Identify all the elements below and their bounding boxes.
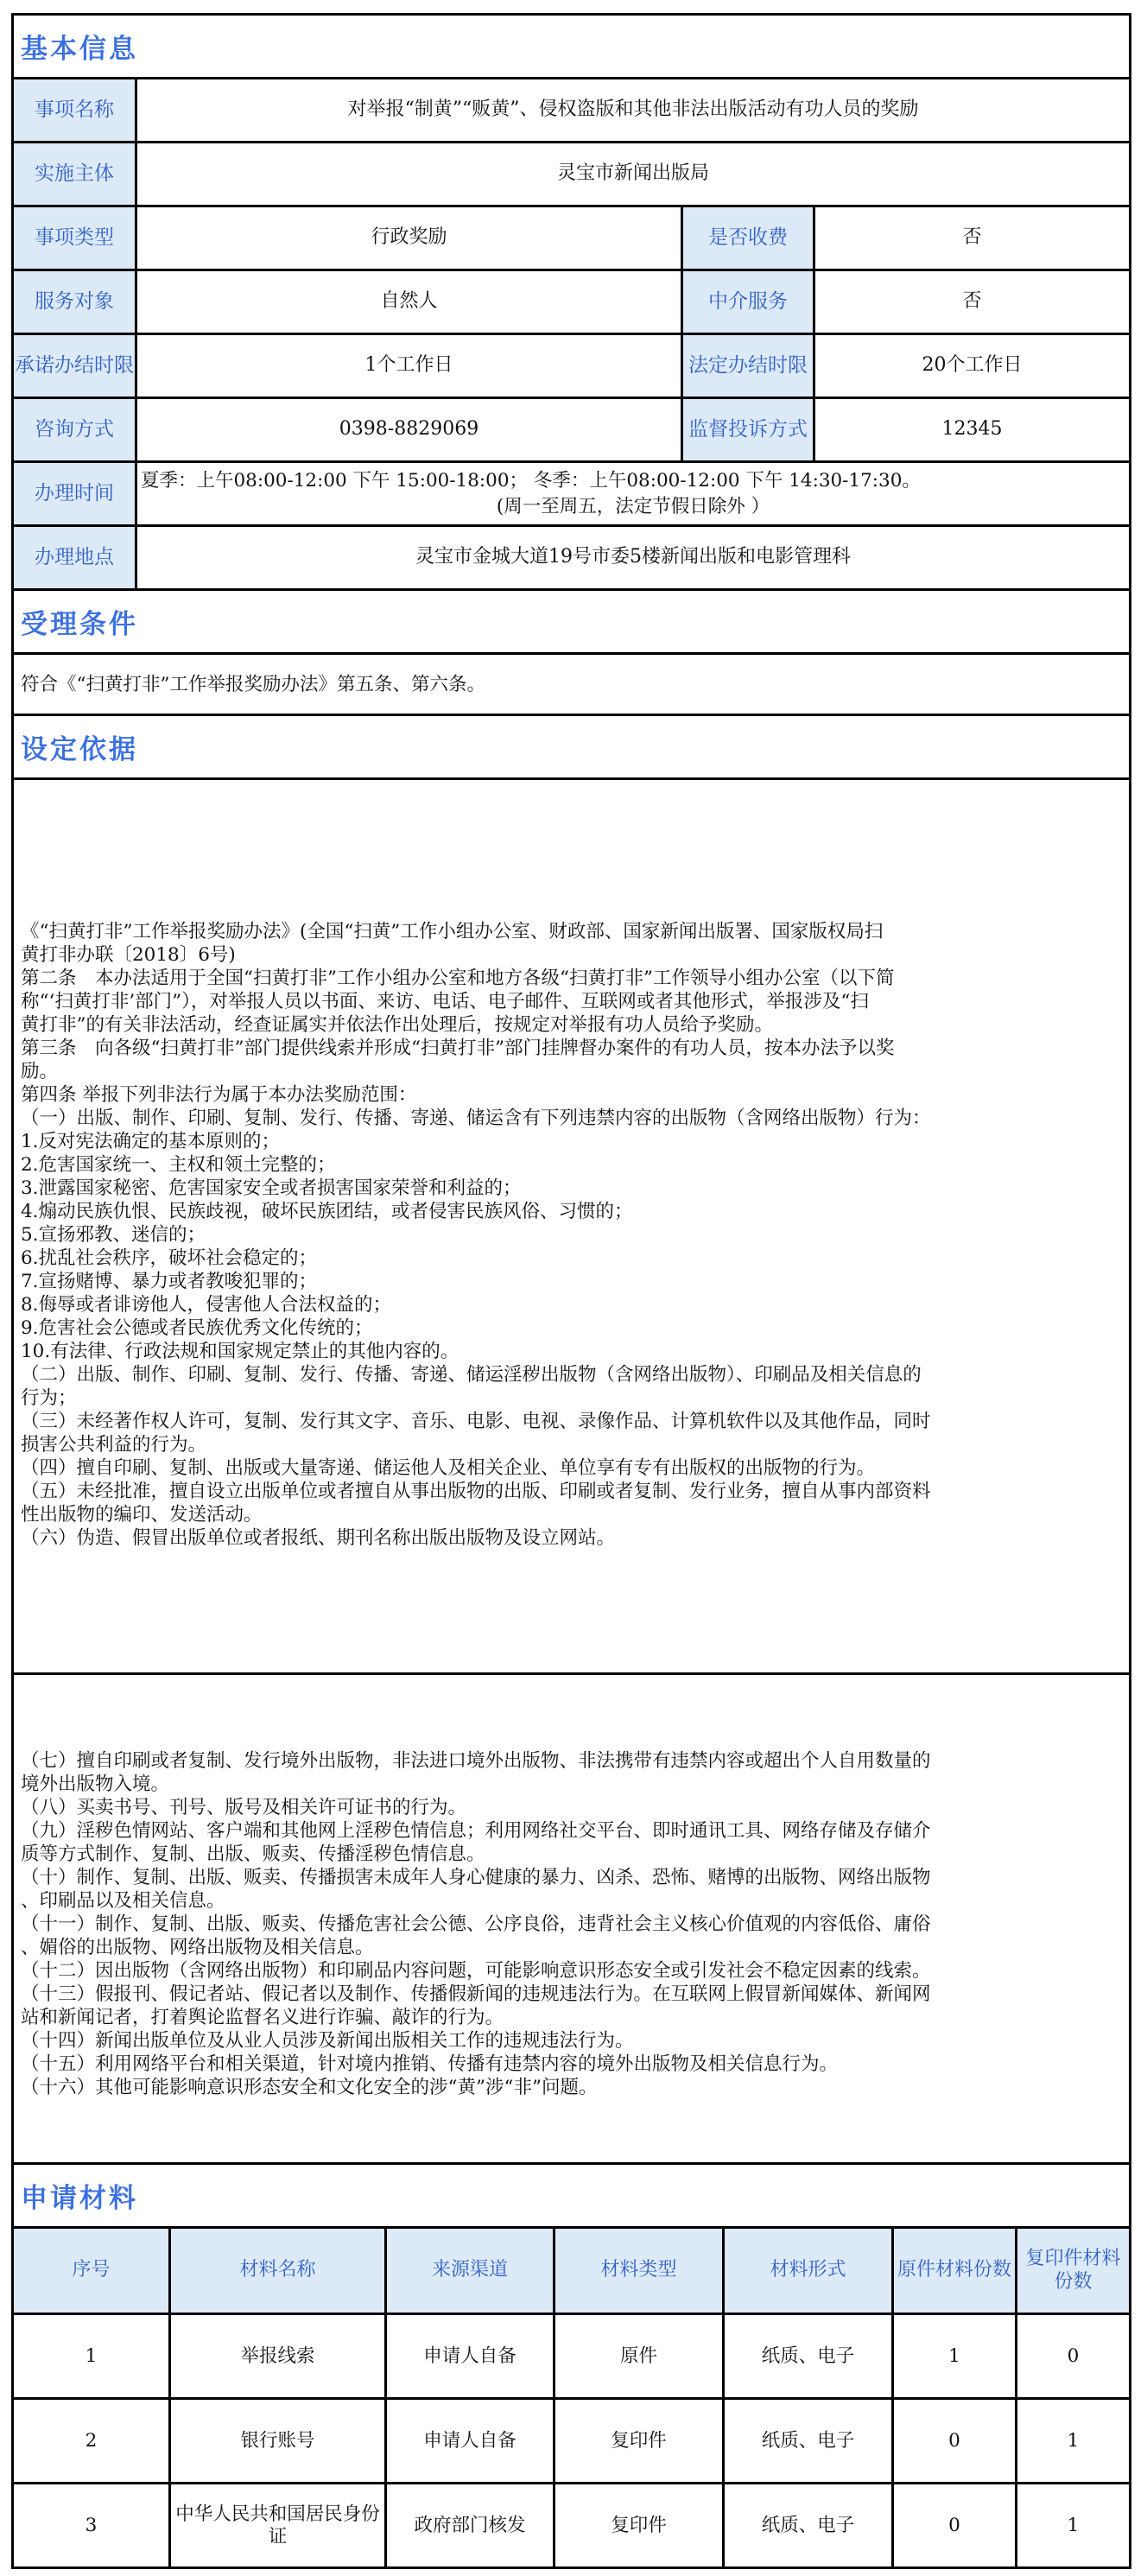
office-hours-seasons: 夏季：上午08:00-12:00 下午 15:00-18:00； 冬季：上午08…	[141, 468, 1125, 493]
legal-basis-line: 6.扰乱社会秩序，破坏社会稳定的；	[21, 1247, 1122, 1270]
table-row: 2 银行账号 申请人自备 复印件 纸质、电子 0 1	[14, 2400, 1129, 2484]
label-legal-limit: 法定办结时限	[683, 335, 815, 397]
legal-basis-line: 性出版物的编印、发送活动。	[21, 1503, 1122, 1526]
legal-basis-line: 称“‘扫黄打非’部门”），对举报人员以书面、来访、电话、电子邮件、互联网或者其他…	[21, 990, 1122, 1013]
row-implementer: 实施主体 灵宝市新闻出版局	[14, 143, 1129, 207]
legal-basis-line: 2.危害国家统一、主权和领土完整的；	[21, 1153, 1122, 1177]
cell-source: 政府部门核发	[387, 2484, 555, 2566]
row-time-limits: 承诺办结时限 1个工作日 法定办结时限 20个工作日	[14, 335, 1129, 399]
legal-basis-line: （三）未经著作权人许可，复制、发行其文字、音乐、电影、电视、录像作品、计算机软件…	[21, 1410, 1122, 1433]
cell-original-count: 1	[894, 2315, 1017, 2397]
legal-basis-line: 8.侮辱或者诽谤他人，侵害他人合法权益的；	[21, 1293, 1122, 1317]
legal-basis-line: （二）出版、制作、印刷、复制、发行、传播、寄递、储运淫秽出版物（含网络出版物）、…	[21, 1363, 1122, 1386]
value-location: 灵宝市金城大道19号市委5楼新闻出版和电影管理科	[137, 527, 1129, 588]
cell-original-count: 0	[894, 2400, 1017, 2482]
label-service-target: 服务对象	[14, 271, 137, 333]
cell-original-count: 0	[894, 2484, 1017, 2566]
legal-basis-line: （十三）假报刊、假记者站、假记者以及制作、传播假新闻的违规违法行为。在互联网上假…	[21, 1983, 1122, 2006]
legal-basis-line: 10.有法律、行政法规和国家规定禁止的其他内容的。	[21, 1340, 1122, 1363]
cell-material-name: 中华人民共和国居民身份证	[171, 2484, 387, 2566]
legal-basis-line: （十一）制作、复制、出版、贩卖、传播危害社会公德、公序良俗，违背社会主义核心价值…	[21, 1913, 1122, 1936]
cell-copy-count: 1	[1017, 2484, 1129, 2566]
header-copy-count: 复印件材料份数	[1017, 2229, 1129, 2313]
cell-material-type: 复印件	[555, 2400, 725, 2482]
label-intermediary: 中介服务	[683, 271, 815, 333]
value-promised-limit: 1个工作日	[137, 335, 683, 397]
legal-basis-line: （十四）新闻出版单位及从业人员涉及新闻出版相关工作的违规违法行为。	[21, 2029, 1122, 2053]
acceptance-conditions-text: 符合《“扫黄打非”工作举报奖励办法》第五条、第六条。	[14, 655, 1129, 716]
section-title-basis: 设定依据	[14, 716, 1129, 780]
label-office-hours: 办理时间	[14, 463, 137, 524]
label-item-type: 事项类型	[14, 207, 137, 269]
row-contact: 咨询方式 0398-8829069 监督投诉方式 12345	[14, 399, 1129, 463]
legal-basis-line: （十五）利用网络平台和相关渠道，针对境内推销、传播有违禁内容的境外出版物及相关信…	[21, 2053, 1122, 2076]
cell-material-form: 纸质、电子	[725, 2400, 894, 2482]
value-charge: 否	[815, 207, 1129, 269]
legal-basis-line: 9.危害社会公德或者民族优秀文化传统的；	[21, 1317, 1122, 1340]
legal-basis-line: 7.宣扬赌博、暴力或者教唆犯罪的；	[21, 1270, 1122, 1293]
label-item-name: 事项名称	[14, 79, 137, 141]
cell-copy-count: 1	[1017, 2400, 1129, 2482]
legal-basis-line: 4.煽动民族仇恨、民族歧视，破坏民族团结，或者侵害民族风俗、习惯的；	[21, 1200, 1122, 1223]
cell-material-name: 银行账号	[171, 2400, 387, 2482]
header-material-type: 材料类型	[555, 2229, 725, 2313]
legal-basis-line: 黄打非”的有关非法活动，经查证属实并依法作出处理后，按规定对举报有功人员给予奖励…	[21, 1013, 1122, 1037]
label-charge: 是否收费	[683, 207, 815, 269]
legal-basis-line: 质等方式制作、复制、出版、贩卖、传播淫秽色情信息。	[21, 1843, 1122, 1866]
header-source: 来源渠道	[387, 2229, 555, 2313]
row-office-hours: 办理时间 夏季：上午08:00-12:00 下午 15:00-18:00； 冬季…	[14, 463, 1129, 527]
service-guide-document: 基本信息 事项名称 对举报“制黄”“贩黄”、侵权盗版和其他非法出版活动有功人员的…	[11, 13, 1131, 2569]
legal-basis-line: 境外出版物入境。	[21, 1773, 1122, 1796]
legal-basis-line: 站和新闻记者，打着舆论监督名义进行诈骗、敲诈的行为。	[21, 2006, 1122, 2029]
value-intermediary: 否	[815, 271, 1129, 333]
value-item-type: 行政奖励	[137, 207, 683, 269]
legal-basis-line: （八）买卖书号、刊号、版号及相关许可证书的行为。	[21, 1796, 1122, 1819]
cell-material-name: 举报线索	[171, 2315, 387, 2397]
header-material-form: 材料形式	[725, 2229, 894, 2313]
cell-source: 申请人自备	[387, 2315, 555, 2397]
section-title-basic-info: 基本信息	[14, 16, 1129, 79]
value-legal-limit: 20个工作日	[815, 335, 1129, 397]
legal-basis-text-part-2: （七）擅自印刷或者复制、发行境外出版物，非法进口境外出版物、非法携带有违禁内容或…	[14, 1675, 1129, 2165]
value-service-target: 自然人	[137, 271, 683, 333]
cell-material-form: 纸质、电子	[725, 2315, 894, 2397]
label-implementer: 实施主体	[14, 143, 137, 205]
legal-basis-line: 、印刷品以及相关信息。	[21, 1889, 1122, 1913]
label-promised-limit: 承诺办结时限	[14, 335, 137, 397]
legal-basis-line: 1.反对宪法确定的基本原则的；	[21, 1130, 1122, 1153]
legal-basis-line: （一）出版、制作、印刷、复制、发行、传播、寄递、储运含有下列违禁内容的出版物（含…	[21, 1107, 1122, 1130]
cell-copy-count: 0	[1017, 2315, 1129, 2397]
cell-seq: 1	[14, 2315, 171, 2397]
legal-basis-line: 3.泄露国家秘密、危害国家安全或者损害国家荣誉和利益的；	[21, 1177, 1122, 1200]
legal-basis-line: （十）制作、复制、出版、贩卖、传播损害未成年人身心健康的暴力、凶杀、恐怖、赌博的…	[21, 1866, 1122, 1889]
value-consult: 0398-8829069	[137, 399, 683, 460]
label-consult: 咨询方式	[14, 399, 137, 460]
cell-seq: 3	[14, 2484, 171, 2566]
legal-basis-line: 第四条 举报下列非法行为属于本办法奖励范围：	[21, 1083, 1122, 1107]
value-office-hours: 夏季：上午08:00-12:00 下午 15:00-18:00； 冬季：上午08…	[137, 463, 1129, 524]
materials-table-header: 序号 材料名称 来源渠道 材料类型 材料形式 原件材料份数 复印件材料份数	[14, 2229, 1129, 2315]
legal-basis-line: 励。	[21, 1060, 1122, 1083]
legal-basis-line: （十六）其他可能影响意识形态安全和文化安全的涉“黄”涉“非”问题。	[21, 2076, 1122, 2099]
legal-basis-line: 第二条 本办法适用于全国“扫黄打非”工作小组办公室和地方各级“扫黄打非”工作领导…	[21, 967, 1122, 990]
header-material-name: 材料名称	[171, 2229, 387, 2313]
cell-material-form: 纸质、电子	[725, 2484, 894, 2566]
row-item-type: 事项类型 行政奖励 是否收费 否	[14, 207, 1129, 271]
label-complaint: 监督投诉方式	[683, 399, 815, 460]
header-original-count: 原件材料份数	[894, 2229, 1017, 2313]
row-location: 办理地点 灵宝市金城大道19号市委5楼新闻出版和电影管理科	[14, 527, 1129, 591]
section-title-materials: 申请材料	[14, 2165, 1129, 2229]
cell-seq: 2	[14, 2400, 171, 2482]
office-hours-days: (周一至周五，法定节假日除外 ）	[141, 494, 1125, 519]
table-row: 1 举报线索 申请人自备 原件 纸质、电子 1 0	[14, 2315, 1129, 2400]
legal-basis-line: （十二）因出版物（含网络出版物）和印刷品内容问题，可能影响意识形态安全或引发社会…	[21, 1959, 1122, 1983]
legal-basis-line: 、媚俗的出版物、网络出版物及相关信息。	[21, 1936, 1122, 1959]
legal-basis-line: （四）擅自印刷、复制、出版或大量寄递、储运他人及相关企业、单位享有专有出版权的出…	[21, 1456, 1122, 1480]
cell-source: 申请人自备	[387, 2400, 555, 2482]
legal-basis-text-part-1: 《“扫黄打非”工作举报奖励办法》(全国“扫黄”工作小组办公室、财政部、国家新闻出…	[14, 780, 1129, 1675]
value-item-name: 对举报“制黄”“贩黄”、侵权盗版和其他非法出版活动有功人员的奖励	[137, 79, 1129, 141]
row-item-name: 事项名称 对举报“制黄”“贩黄”、侵权盗版和其他非法出版活动有功人员的奖励	[14, 79, 1129, 143]
row-service-target: 服务对象 自然人 中介服务 否	[14, 271, 1129, 335]
legal-basis-line: 5.宣扬邪教、迷信的；	[21, 1223, 1122, 1247]
value-complaint: 12345	[815, 399, 1129, 460]
legal-basis-line: 损害公共利益的行为。	[21, 1433, 1122, 1456]
value-implementer: 灵宝市新闻出版局	[137, 143, 1129, 205]
legal-basis-line: 黄打非办联〔2018〕6号)	[21, 943, 1122, 967]
table-row: 3 中华人民共和国居民身份证 政府部门核发 复印件 纸质、电子 0 1	[14, 2484, 1129, 2569]
legal-basis-line: （九）淫秽色情网站、客户端和其他网上淫秽色情信息；利用网络社交平台、即时通讯工具…	[21, 1819, 1122, 1843]
legal-basis-line: 第三条 向各级“扫黄打非”部门提供线索并形成“扫黄打非”部门挂牌督办案件的有功人…	[21, 1037, 1122, 1060]
cell-material-type: 原件	[555, 2315, 725, 2397]
legal-basis-line: （五）未经批准，擅自设立出版单位或者擅自从事出版物的出版、印刷或者复制、发行业务…	[21, 1480, 1122, 1503]
legal-basis-line: （六）伪造、假冒出版单位或者报纸、期刊名称出版出版物及设立网站。	[21, 1526, 1122, 1550]
header-seq: 序号	[14, 2229, 171, 2313]
legal-basis-line: 《“扫黄打非”工作举报奖励办法》(全国“扫黄”工作小组办公室、财政部、国家新闻出…	[21, 920, 1122, 943]
legal-basis-line: 行为；	[21, 1386, 1122, 1410]
legal-basis-line: （七）擅自印刷或者复制、发行境外出版物，非法进口境外出版物、非法携带有违禁内容或…	[21, 1749, 1122, 1773]
cell-material-type: 复印件	[555, 2484, 725, 2566]
label-location: 办理地点	[14, 527, 137, 588]
section-title-acceptance: 受理条件	[14, 591, 1129, 655]
